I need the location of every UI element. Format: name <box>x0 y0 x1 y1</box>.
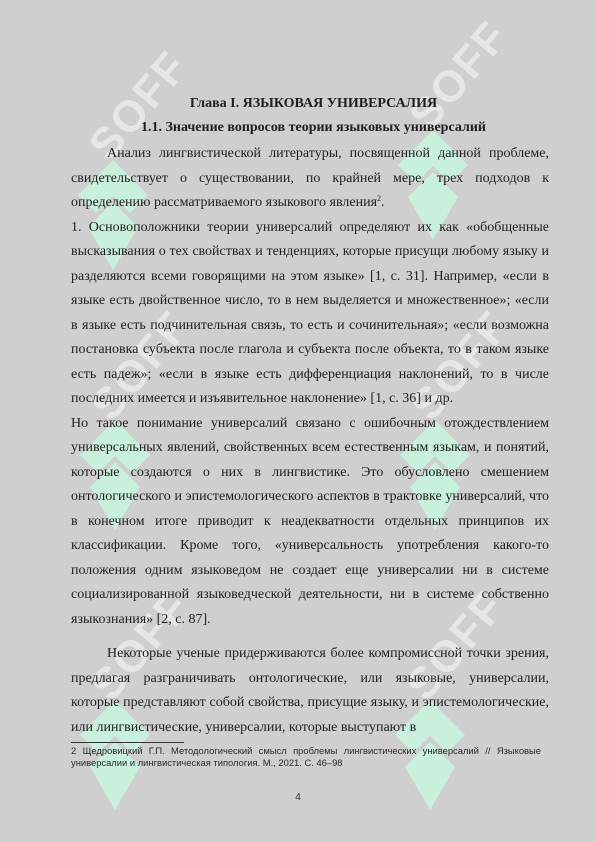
chapter-title: Глава I. ЯЗЫКОВАЯ УНИВЕРСАЛИЯ <box>71 92 549 116</box>
paragraph: Но такое понимание универсалий связано с… <box>71 412 549 633</box>
paragraph: Некоторые ученые придерживаются более ко… <box>71 642 549 740</box>
paragraph: Анализ лингвистической литературы, посвя… <box>71 142 549 216</box>
page-number: 4 <box>0 792 596 803</box>
footnote-separator <box>71 742 184 743</box>
footnote: 2 Щедровицкий Г.П. Методологический смыс… <box>71 745 541 769</box>
paragraph-text: Анализ лингвистической литературы, посвя… <box>71 146 549 210</box>
paragraph: 1. Основоположники теории универсалий оп… <box>71 216 549 412</box>
page-body: Глава I. ЯЗЫКОВАЯ УНИВЕРСАЛИЯ 1.1. Значе… <box>71 92 549 740</box>
paragraph-tail: . <box>381 195 385 210</box>
section-title: 1.1. Значение вопросов теории языковых у… <box>71 116 549 140</box>
